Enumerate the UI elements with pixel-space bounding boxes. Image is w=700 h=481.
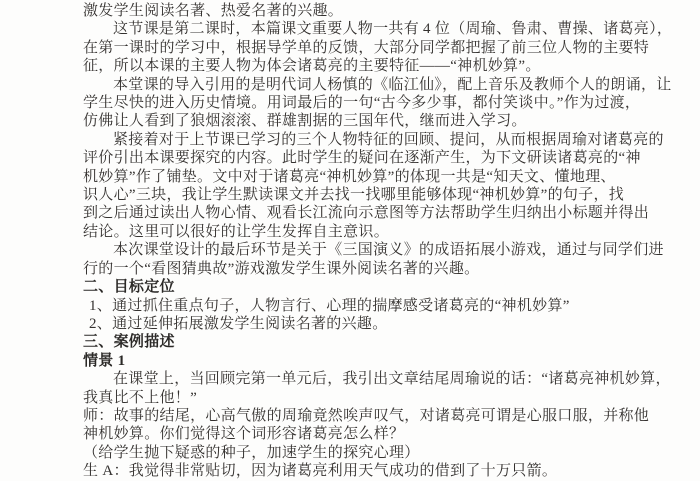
text-line: 紧接着对于上节课已学习的三个人物特征的回顾、提问，从而根据周瑜对诸葛亮的 (83, 131, 683, 149)
text-line: 行的一个“看图猜典故”游戏激发学生课外阅读名著的兴趣。 (83, 260, 683, 278)
text-line: 识人心”三块，我让学生默读课文并去找一找哪里能够体现“神机妙算”的句子，找 (83, 186, 683, 204)
list-item-goal-1: 1、通过抓住重点句子，人物言行、心理的揣摩感受诸葛亮的“神机妙算” (83, 297, 683, 315)
student-a-dialogue-line: 生 A：我觉得非常贴切，因为诸葛亮利用天气成功的借到了十万只箭。 (83, 462, 683, 470)
text-line: 评价引出本课要探究的内容。此时学生的疑问在逐渐产生，为下文研读诸葛亮的“神 (83, 149, 683, 167)
text-line: 机妙算”作了铺垫。文中对于诸葛亮“神机妙算”的体现一共是“知天文、懂地理、 (83, 168, 683, 186)
text-line: 征，所以本课的主要人物为体会诸葛亮的主要特征——“神机妙算”。 (83, 57, 683, 75)
heading-case-description: 三、案例描述 (83, 333, 683, 351)
text-line: 本次课堂设计的最后环节是关于《三国演义》的成语拓展小游戏，通过与同学们进 (83, 241, 683, 259)
text-line: 这节课是第二课时，本篇课文重要人物一共有 4 位（周瑜、鲁肃、曹操、诸葛亮）， (83, 20, 683, 38)
scanned-document-page: 激发学生阅读名著、热爱名著的兴趣。 这节课是第二课时，本篇课文重要人物一共有 4… (0, 0, 700, 470)
text-line: 结论。这里可以很好的让学生发挥自主意识。 (83, 223, 683, 241)
heading-goal-positioning: 二、目标定位 (83, 278, 683, 296)
parenthetical-note-line: （给学生抛下疑惑的种子，加速学生的探究心理） (83, 444, 683, 462)
teacher-dialogue-line: 神机妙算。你们觉得这个词形容诸葛亮怎么样？ (83, 425, 683, 443)
text-line: 在第一课时的学习中，根据导学单的反馈，大部分同学都把握了前三位人物的主要特 (83, 39, 683, 57)
text-line: 在课堂上，当回顾完第一单元后，我引出文章结尾周瑜说的话：“诸葛亮神机妙算， (83, 370, 683, 388)
text-line: 学生尽快的进入历史情境。用词最后的一句“古今多少事，都付笑谈中。”作为过渡， (83, 94, 683, 112)
text-line: 仿佛让人看到了狼烟滚滚、群雄割据的三国年代，继而进入学习。 (83, 112, 683, 130)
document-body: 激发学生阅读名著、热爱名著的兴趣。 这节课是第二课时，本篇课文重要人物一共有 4… (83, 2, 683, 470)
text-line: 本堂课的导入引用的是明代词人杨慎的《临江仙》，配上音乐及教师个人的朗诵，让 (83, 76, 683, 94)
heading-scene-1: 情景 1 (83, 352, 683, 370)
text-line: 到之后通过读出人物心情、观看长江流向示意图等方法帮助学生归纳出小标题并得出 (83, 204, 683, 222)
teacher-dialogue-line: 师：故事的结尾，心高气傲的周瑜竟然唉声叹气，对诸葛亮可谓是心服口服，并称他 (83, 407, 683, 425)
text-line: 激发学生阅读名著、热爱名著的兴趣。 (83, 2, 683, 20)
text-line: 我真比不上他！” (83, 389, 683, 407)
list-item-goal-2: 2、通过延伸拓展激发学生阅读名著的兴趣。 (83, 315, 683, 333)
